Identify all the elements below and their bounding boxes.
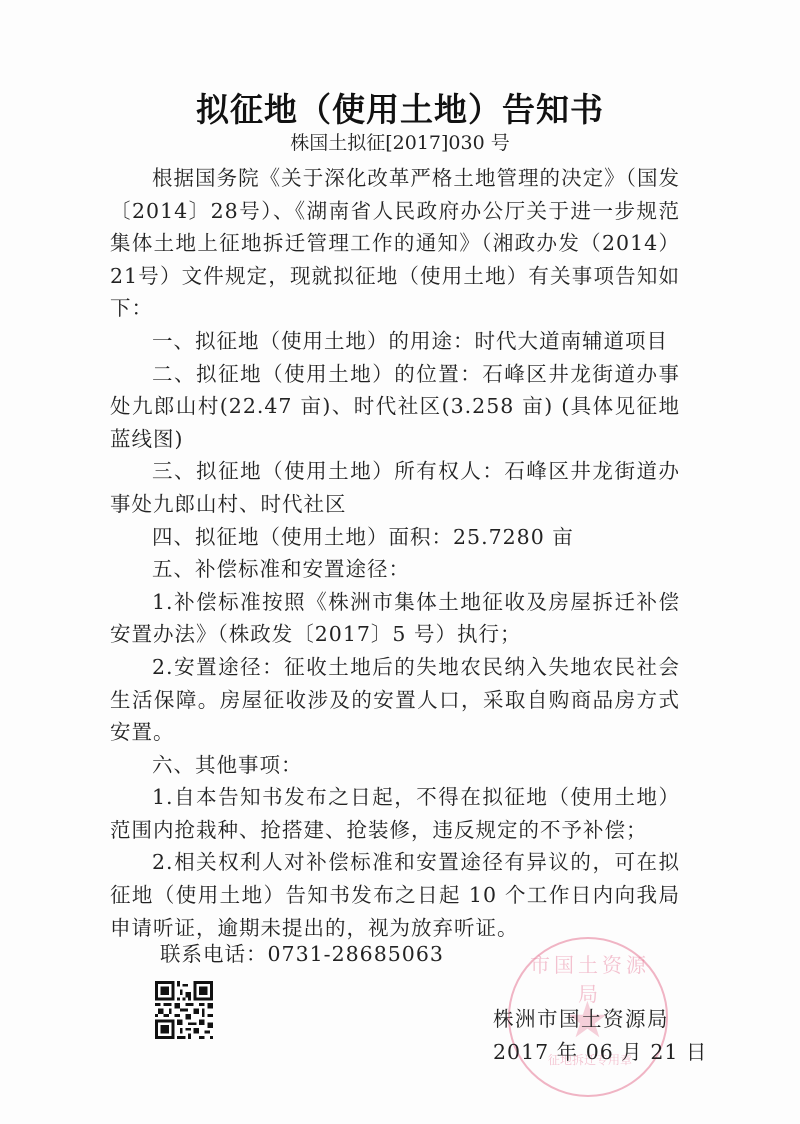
item-owner: 三、拟征地（使用土地）所有权人：石峰区井龙街道办事处九郎山村、时代社区 xyxy=(110,455,680,520)
other-item-2: 2.相关权利人对补偿标准和安置途径有异议的，可在拟征地（使用土地）告知书发布之日… xyxy=(110,846,680,944)
issuer-name: 株洲市国土资源局 xyxy=(493,1002,669,1032)
item-area: 四、拟征地（使用土地）面积：25.7280 亩 xyxy=(110,521,680,554)
item-location: 二、拟征地（使用土地）的位置：石峰区井龙街道办事处九郎山村(22.47 亩)、时… xyxy=(110,358,680,456)
item-compensation-heading: 五、补偿标准和安置途径： xyxy=(110,553,680,586)
notice-document: 拟征地（使用土地）告知书 株国土拟征[2017]030 号 根据国务院《关于深化… xyxy=(0,0,800,1124)
document-title: 拟征地（使用土地）告知书 xyxy=(0,84,800,131)
item-other-heading: 六、其他事项： xyxy=(110,749,680,782)
item-purpose: 一、拟征地（使用土地）的用途：时代大道南辅道项目 xyxy=(110,325,680,358)
other-item-1: 1.自本告知书发布之日起，不得在拟征地（使用土地）范围内抢栽种、抢搭建、抢装修，… xyxy=(110,781,680,846)
intro-paragraph: 根据国务院《关于深化改革严格土地管理的决定》（国发〔2014〕28号）、《湖南省… xyxy=(110,162,680,325)
issue-date: 2017 年 06 月 21 日 xyxy=(493,1035,707,1065)
document-number: 株国土拟征[2017]030 号 xyxy=(0,128,800,155)
compensation-standard: 1.补偿标准按照《株洲市集体土地征收及房屋拆迁补偿安置办法》（株政发〔2017〕… xyxy=(110,586,680,651)
document-body: 根据国务院《关于深化改革严格土地管理的决定》（国发〔2014〕28号）、《湖南省… xyxy=(110,162,680,944)
resettlement-approach: 2.安置途径：征收土地后的失地农民纳入失地农民社会生活保障。房屋征收涉及的安置人… xyxy=(110,651,680,749)
contact-phone: 联系电话：0731-28685063 xyxy=(160,937,444,967)
qr-code-icon xyxy=(155,981,213,1039)
